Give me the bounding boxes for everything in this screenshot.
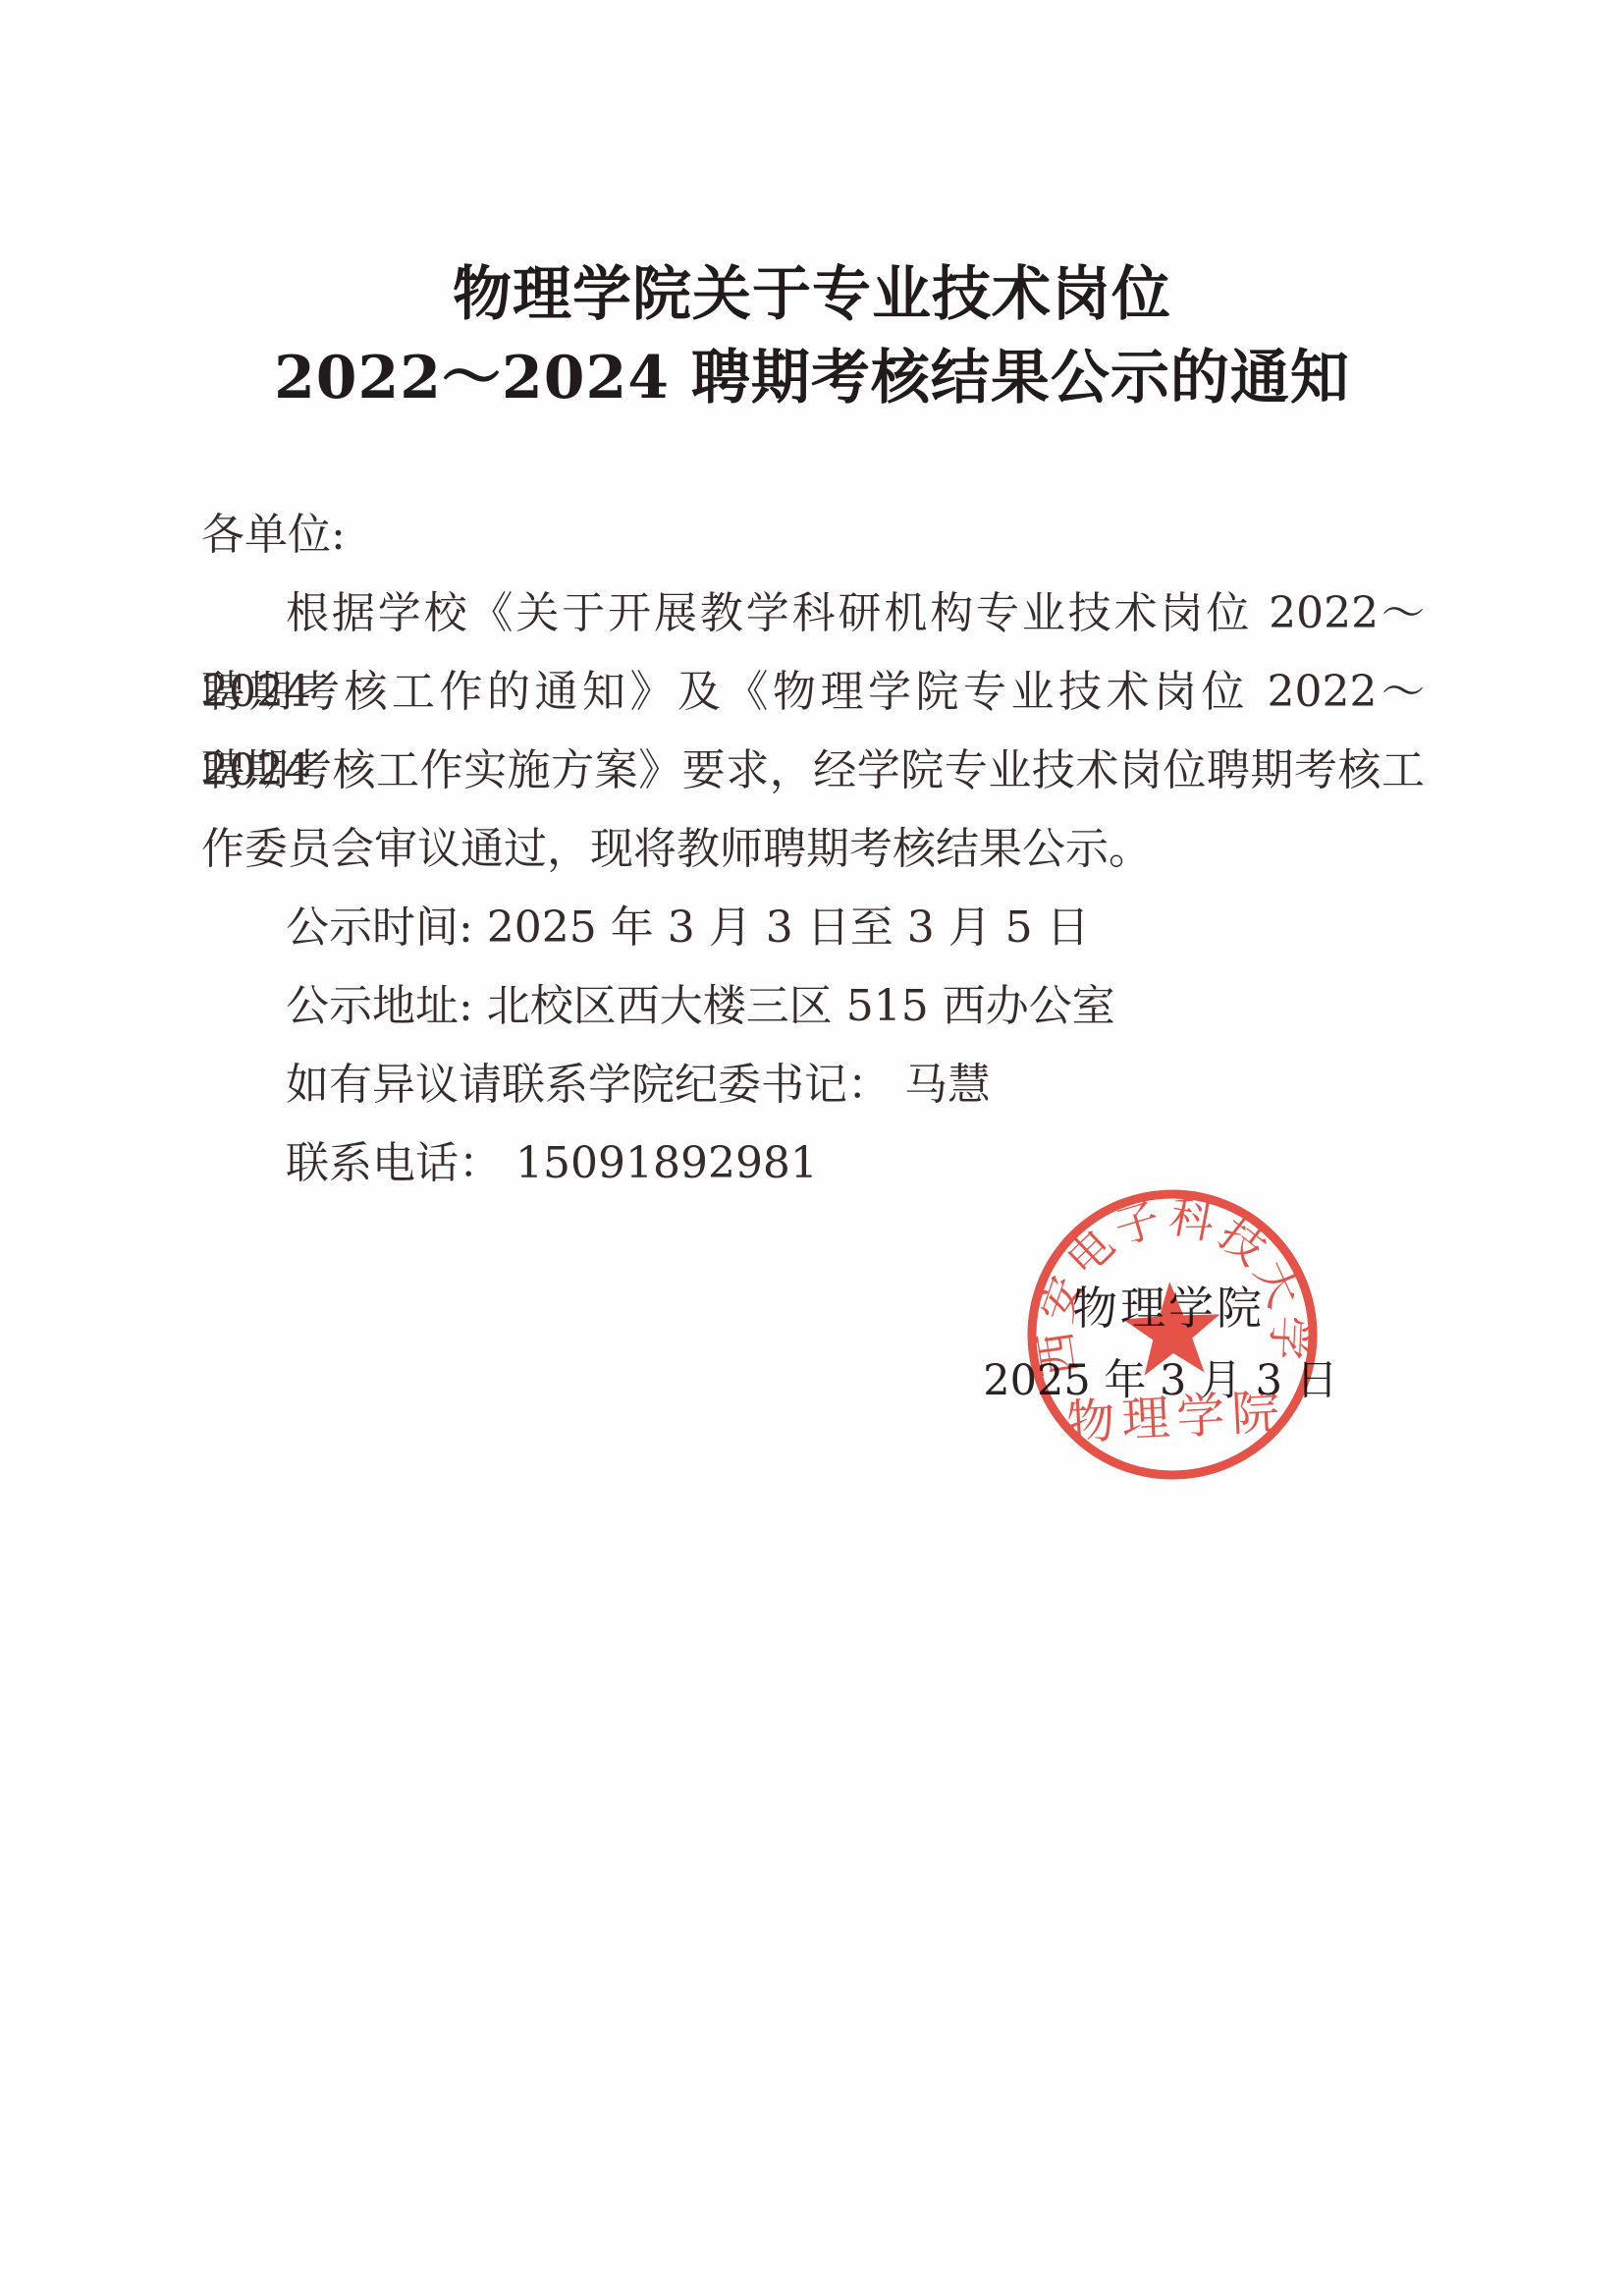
info-line-contact: 如有异议请联系学院纪委书记： 马慧 (201, 1046, 1425, 1124)
seal-star-icon (1121, 1279, 1223, 1376)
notice-body: 各单位: 根据学校《关于开展教学科研机构专业技术岗位 2022～2024 聘期考… (201, 496, 1425, 1203)
notice-title-line1: 物理学院关于专业技术岗位 (0, 253, 1624, 337)
info-line-time: 公示时间: 2025 年 3 月 3 日至 3 月 5 日 (201, 889, 1425, 967)
paragraph-line: 聘期考核工作实施方案》要求，经学院专业技术岗位聘期考核工 (201, 732, 1425, 810)
notice-page: 物理学院关于专业技术岗位 2022～2024 聘期考核结果公示的通知 各单位: … (0, 0, 1624, 2296)
paragraph-line: 作委员会审议通过，现将教师聘期考核结果公示。 (201, 810, 1425, 889)
seal-inner-text: 物理学院 (1065, 1384, 1288, 1451)
notice-title-line2: 2022～2024 聘期考核结果公示的通知 (0, 337, 1624, 420)
notice-title: 物理学院关于专业技术岗位 2022～2024 聘期考核结果公示的通知 (0, 253, 1624, 420)
official-seal: 西安电子科技大学 物理学院 (997, 1159, 1347, 1509)
paragraph-line: 聘期考核工作的通知》及《物理学院专业技术岗位 2022～2024 (201, 653, 1425, 732)
paragraph-line: 根据学校《关于开展教学科研机构专业技术岗位 2022～2024 (201, 574, 1425, 653)
info-line-address: 公示地址: 北校区西大楼三区 515 西办公室 (201, 967, 1425, 1046)
salutation: 各单位: (201, 496, 1425, 574)
